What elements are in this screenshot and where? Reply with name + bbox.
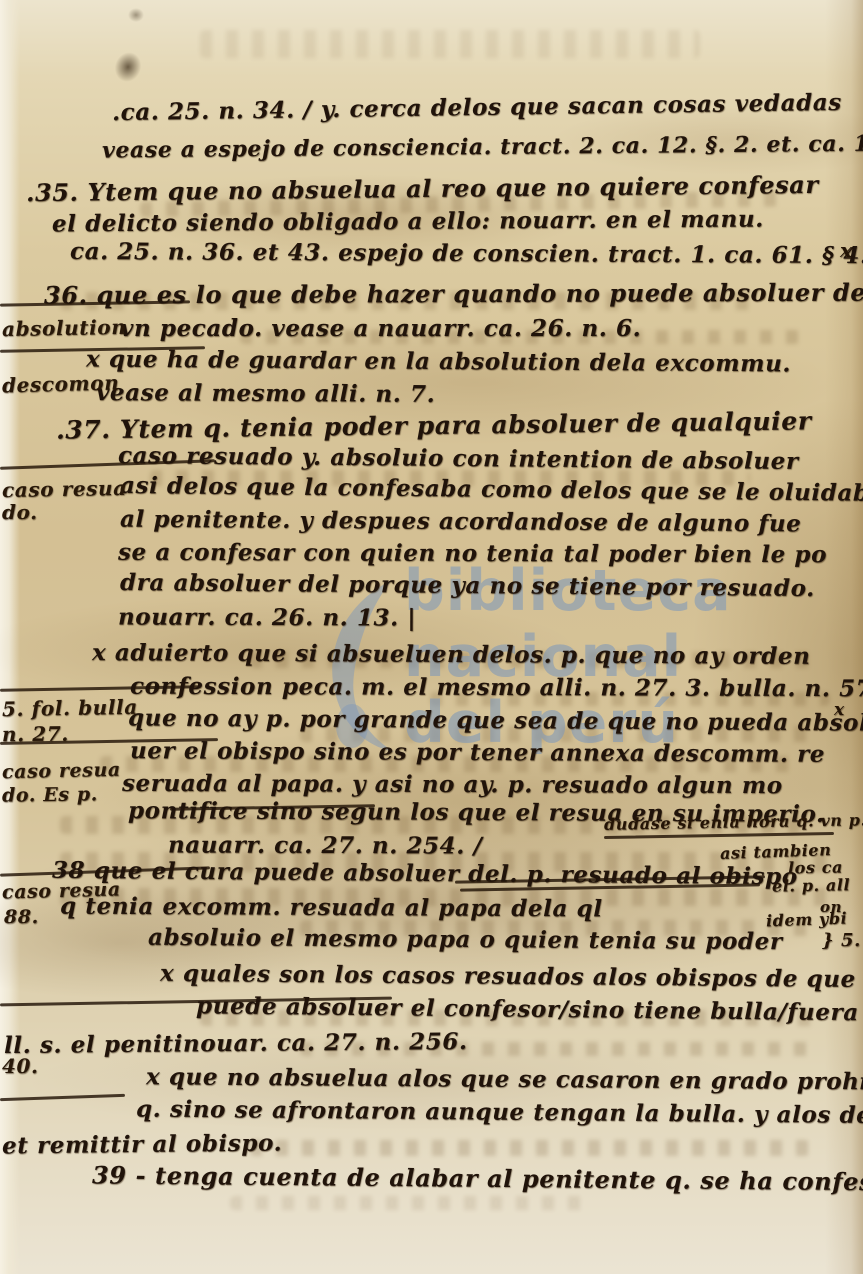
manuscript-line: caso resuado y. absoluio con intention d… bbox=[118, 442, 799, 475]
manuscript-line: q. sino se afrontaron aunque tengan la b… bbox=[136, 1095, 863, 1129]
ink-mark: x bbox=[840, 238, 853, 262]
ink-mark: idem ybi bbox=[766, 909, 848, 931]
manuscript-line: q tenia excomm. resuada al papa dela ql bbox=[60, 893, 603, 923]
ink-layer: .ca. 25. n. 34. / y. cerca delos que sac… bbox=[0, 0, 863, 1274]
manuscript-line: asi delos que la confesaba como delos qu… bbox=[120, 472, 863, 507]
manuscript-line: vn pecado. vease a nauarr. ca. 26. n. 6. bbox=[120, 315, 641, 342]
manuscript-line: seruada al papa. y asi no ay. p. resuado… bbox=[122, 770, 783, 799]
manuscript-line: al penitente. y despues acordandose de a… bbox=[120, 506, 802, 538]
margin-note: absolution bbox=[2, 315, 127, 341]
manuscript-line: dra absoluer del porque ya no se tiene p… bbox=[120, 569, 815, 602]
manuscript-line: uer el obispo sino es por tener annexa d… bbox=[130, 737, 825, 768]
manuscript-line: 36. que es lo que debe hazer quando no p… bbox=[44, 277, 863, 309]
manuscript-line: x aduierto que si absueluen delos. p. qu… bbox=[92, 639, 811, 670]
ink-mark: los ca bbox=[788, 858, 843, 878]
manuscript-line: x que ha de guardar en la absolution del… bbox=[86, 346, 791, 378]
margin-note: caso resua bbox=[2, 759, 121, 783]
manuscript-line: nouarr. ca. 26. n. 13. | bbox=[118, 603, 416, 631]
manuscript-line: absoluio el mesmo papa o quien tenia su … bbox=[148, 924, 783, 955]
manuscript-line: et remittir al obispo. bbox=[2, 1130, 282, 1160]
margin-note: 5. fol. bulla bbox=[2, 695, 138, 721]
margin-note: do. bbox=[2, 500, 38, 524]
manuscript-line: .37. Ytem q. tenia poder para absoluer d… bbox=[56, 406, 812, 444]
ink-mark: } 5. bbox=[822, 930, 861, 951]
manuscript-line: nauarr. ca. 27. n. 254. / bbox=[168, 831, 483, 859]
margin-note: 40. bbox=[2, 1054, 39, 1078]
margin-note: caso resua bbox=[2, 878, 121, 903]
manuscript-line: se a confesar con quien no tenia tal pod… bbox=[118, 539, 827, 568]
margin-note: descomon bbox=[2, 370, 120, 397]
manuscript-line: el delicto siendo obligado a ello: nouar… bbox=[52, 206, 764, 238]
manuscript-line: vease a espejo de consciencia. tract. 2.… bbox=[102, 131, 863, 164]
margin-note: 88. bbox=[4, 906, 39, 928]
margin-note: do. Es p. bbox=[2, 783, 98, 806]
manuscript-line: .ca. 25. n. 34. / y. cerca delos que sac… bbox=[112, 89, 842, 126]
manuscript-line: .35. Ytem que no absuelua al reo que no … bbox=[26, 170, 819, 207]
manuscript-line: x que no absuelua alos que se casaron en… bbox=[146, 1063, 863, 1095]
manuscript-line: puede absoluer el confesor/sino tiene bu… bbox=[196, 992, 863, 1026]
manuscript-line: ll. s. el penitinouar. ca. 27. n. 256. bbox=[4, 1028, 468, 1059]
manuscript-line: vease al mesmo alli. n. 7. bbox=[96, 379, 435, 408]
manuscript-line: que no ay p. por grande que sea de que n… bbox=[128, 704, 863, 736]
manuscript-line: 39 - tenga cuenta de alabar al penitente… bbox=[92, 1160, 863, 1196]
manuscript-line: ca. 25. n. 36. et 43. espejo de conscien… bbox=[70, 238, 863, 269]
margin-note: n. 27. bbox=[2, 722, 69, 747]
manuscript-line: confession peca. m. el mesmo alli. n. 27… bbox=[130, 673, 863, 703]
ink-mark: el. p. all bbox=[772, 875, 851, 895]
manuscript-line: x quales son los casos resuados alos obi… bbox=[160, 960, 863, 993]
manuscript-line: 38 que el cura puede absoluer del. p. re… bbox=[52, 857, 798, 891]
manuscript-page: biblioteca nacional del perú .ca. 25. n.… bbox=[0, 0, 863, 1274]
margin-note: caso resua bbox=[2, 476, 127, 502]
ink-mark: x bbox=[834, 700, 845, 720]
